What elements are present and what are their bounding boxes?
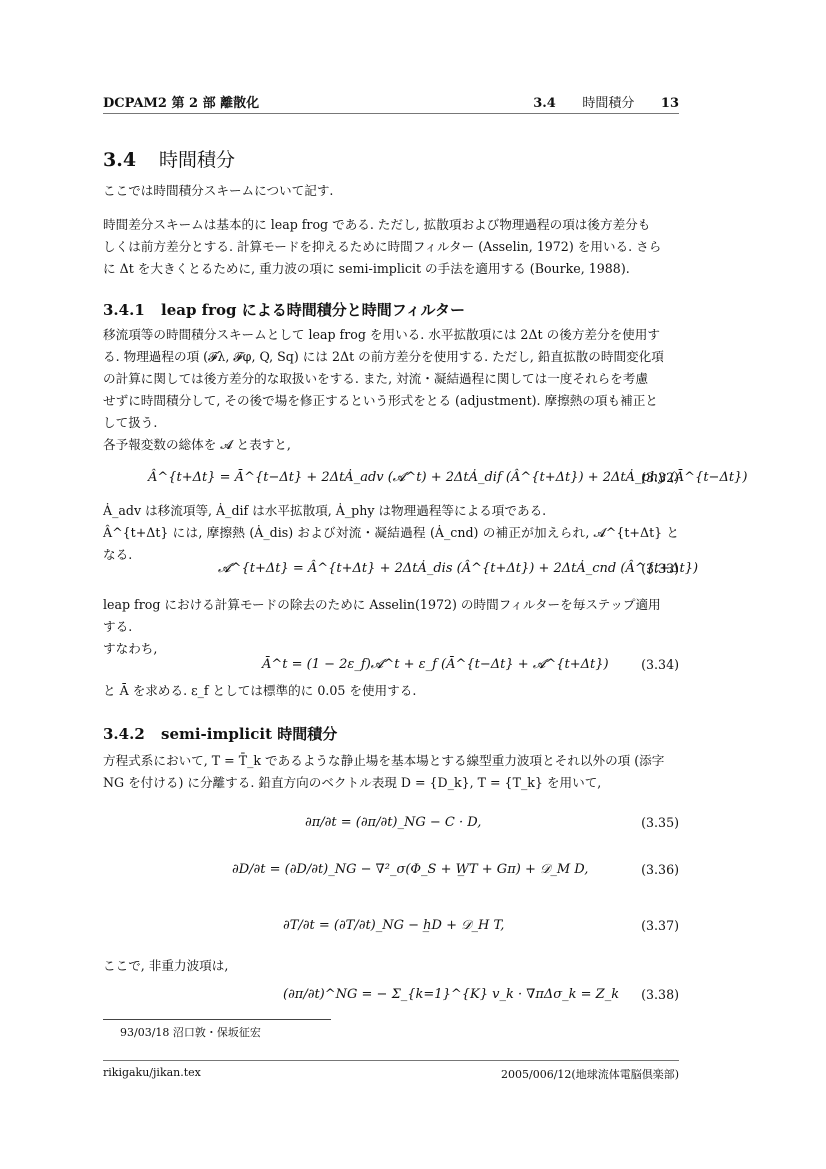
equation-3-38: (∂π/∂t)^NG = − Σ_{k=1}^{K} v_k · ∇πΔσ_k … bbox=[283, 987, 619, 1002]
header-rule bbox=[103, 113, 679, 114]
paragraph-3: Ȧ_adv は移流項等, Ȧ_dif は水平拡散項, Ȧ_phy は物理過程等に… bbox=[103, 500, 679, 566]
paragraph-6: 方程式系において, T = T̄_k であるような静止場を基本場とする線型重力波… bbox=[103, 750, 679, 794]
equation-number: (3.37) bbox=[641, 918, 679, 933]
running-header: DCPAM2 第 2 部 離散化 3.4 時間積分 13 bbox=[103, 92, 679, 112]
footnote-rule bbox=[103, 1019, 331, 1020]
footer-right: 2005/006/12(地球流体電脳倶楽部) bbox=[501, 1066, 679, 1082]
equation-3-37: ∂T/∂t = (∂T/∂t)_NG − h̲D + 𝒟_H T, bbox=[283, 918, 504, 933]
paragraph-5: と Ā を求める. ε_f としては標準的に 0.05 を使用する. bbox=[103, 680, 679, 702]
subsection-heading-3-4-1: 3.4.1leap frog による時間積分と時間フィルター bbox=[103, 299, 465, 320]
intro-paragraph: ここでは時間積分スキームについて記す. bbox=[103, 180, 679, 202]
equation-3-35: ∂π/∂t = (∂π/∂t)_NG − C · D, bbox=[305, 815, 481, 830]
subsection-heading-3-4-2: 3.4.2semi-implicit 時間積分 bbox=[103, 723, 337, 744]
header-right: 3.4 時間積分 13 bbox=[511, 92, 679, 111]
equation-3-36: ∂D/∂t = (∂D/∂t)_NG − ∇²_σ(Φ_S + W̲T + Gπ… bbox=[232, 862, 588, 877]
equation-number: (3.36) bbox=[641, 862, 679, 877]
paragraph-2: 移流項等の時間積分スキームとして leap frog を用いる. 水平拡散項には… bbox=[103, 324, 679, 456]
equation-number: (3.33) bbox=[641, 561, 679, 576]
footer-left: rikigaku/jikan.tex bbox=[103, 1066, 201, 1079]
page-number: 13 bbox=[661, 96, 679, 111]
paragraph-1: 時間差分スキームは基本的に leap frog である. ただし, 拡散項および… bbox=[103, 214, 679, 280]
header-section-title: 時間積分 bbox=[582, 96, 634, 111]
equation-number: (3.32) bbox=[641, 470, 679, 485]
paragraph-4: leap frog における計算モードの除去のために Asselin(1972)… bbox=[103, 594, 679, 660]
equation-number: (3.35) bbox=[641, 815, 679, 830]
footnote: 93/03/18 沼口敦・保坂征宏 bbox=[120, 1024, 261, 1040]
section-heading: 3.4時間積分 bbox=[103, 145, 235, 172]
equation-3-34: Ā^t = (1 − 2ε_f)𝓐^t + ε_f (Ā^{t−Δt} + 𝓐^… bbox=[262, 657, 609, 672]
footer-rule bbox=[103, 1060, 679, 1061]
equation-number: (3.38) bbox=[641, 987, 679, 1002]
equation-number: (3.34) bbox=[641, 657, 679, 672]
header-section: 3.4 bbox=[533, 96, 556, 111]
equation-3-33: 𝓐^{t+Δt} = Â^{t+Δt} + 2ΔtȦ_dis (Â^{t+Δt}… bbox=[218, 561, 698, 576]
paragraph-7: ここで, 非重力波項は, bbox=[103, 955, 679, 977]
header-left: DCPAM2 第 2 部 離散化 bbox=[103, 92, 259, 111]
